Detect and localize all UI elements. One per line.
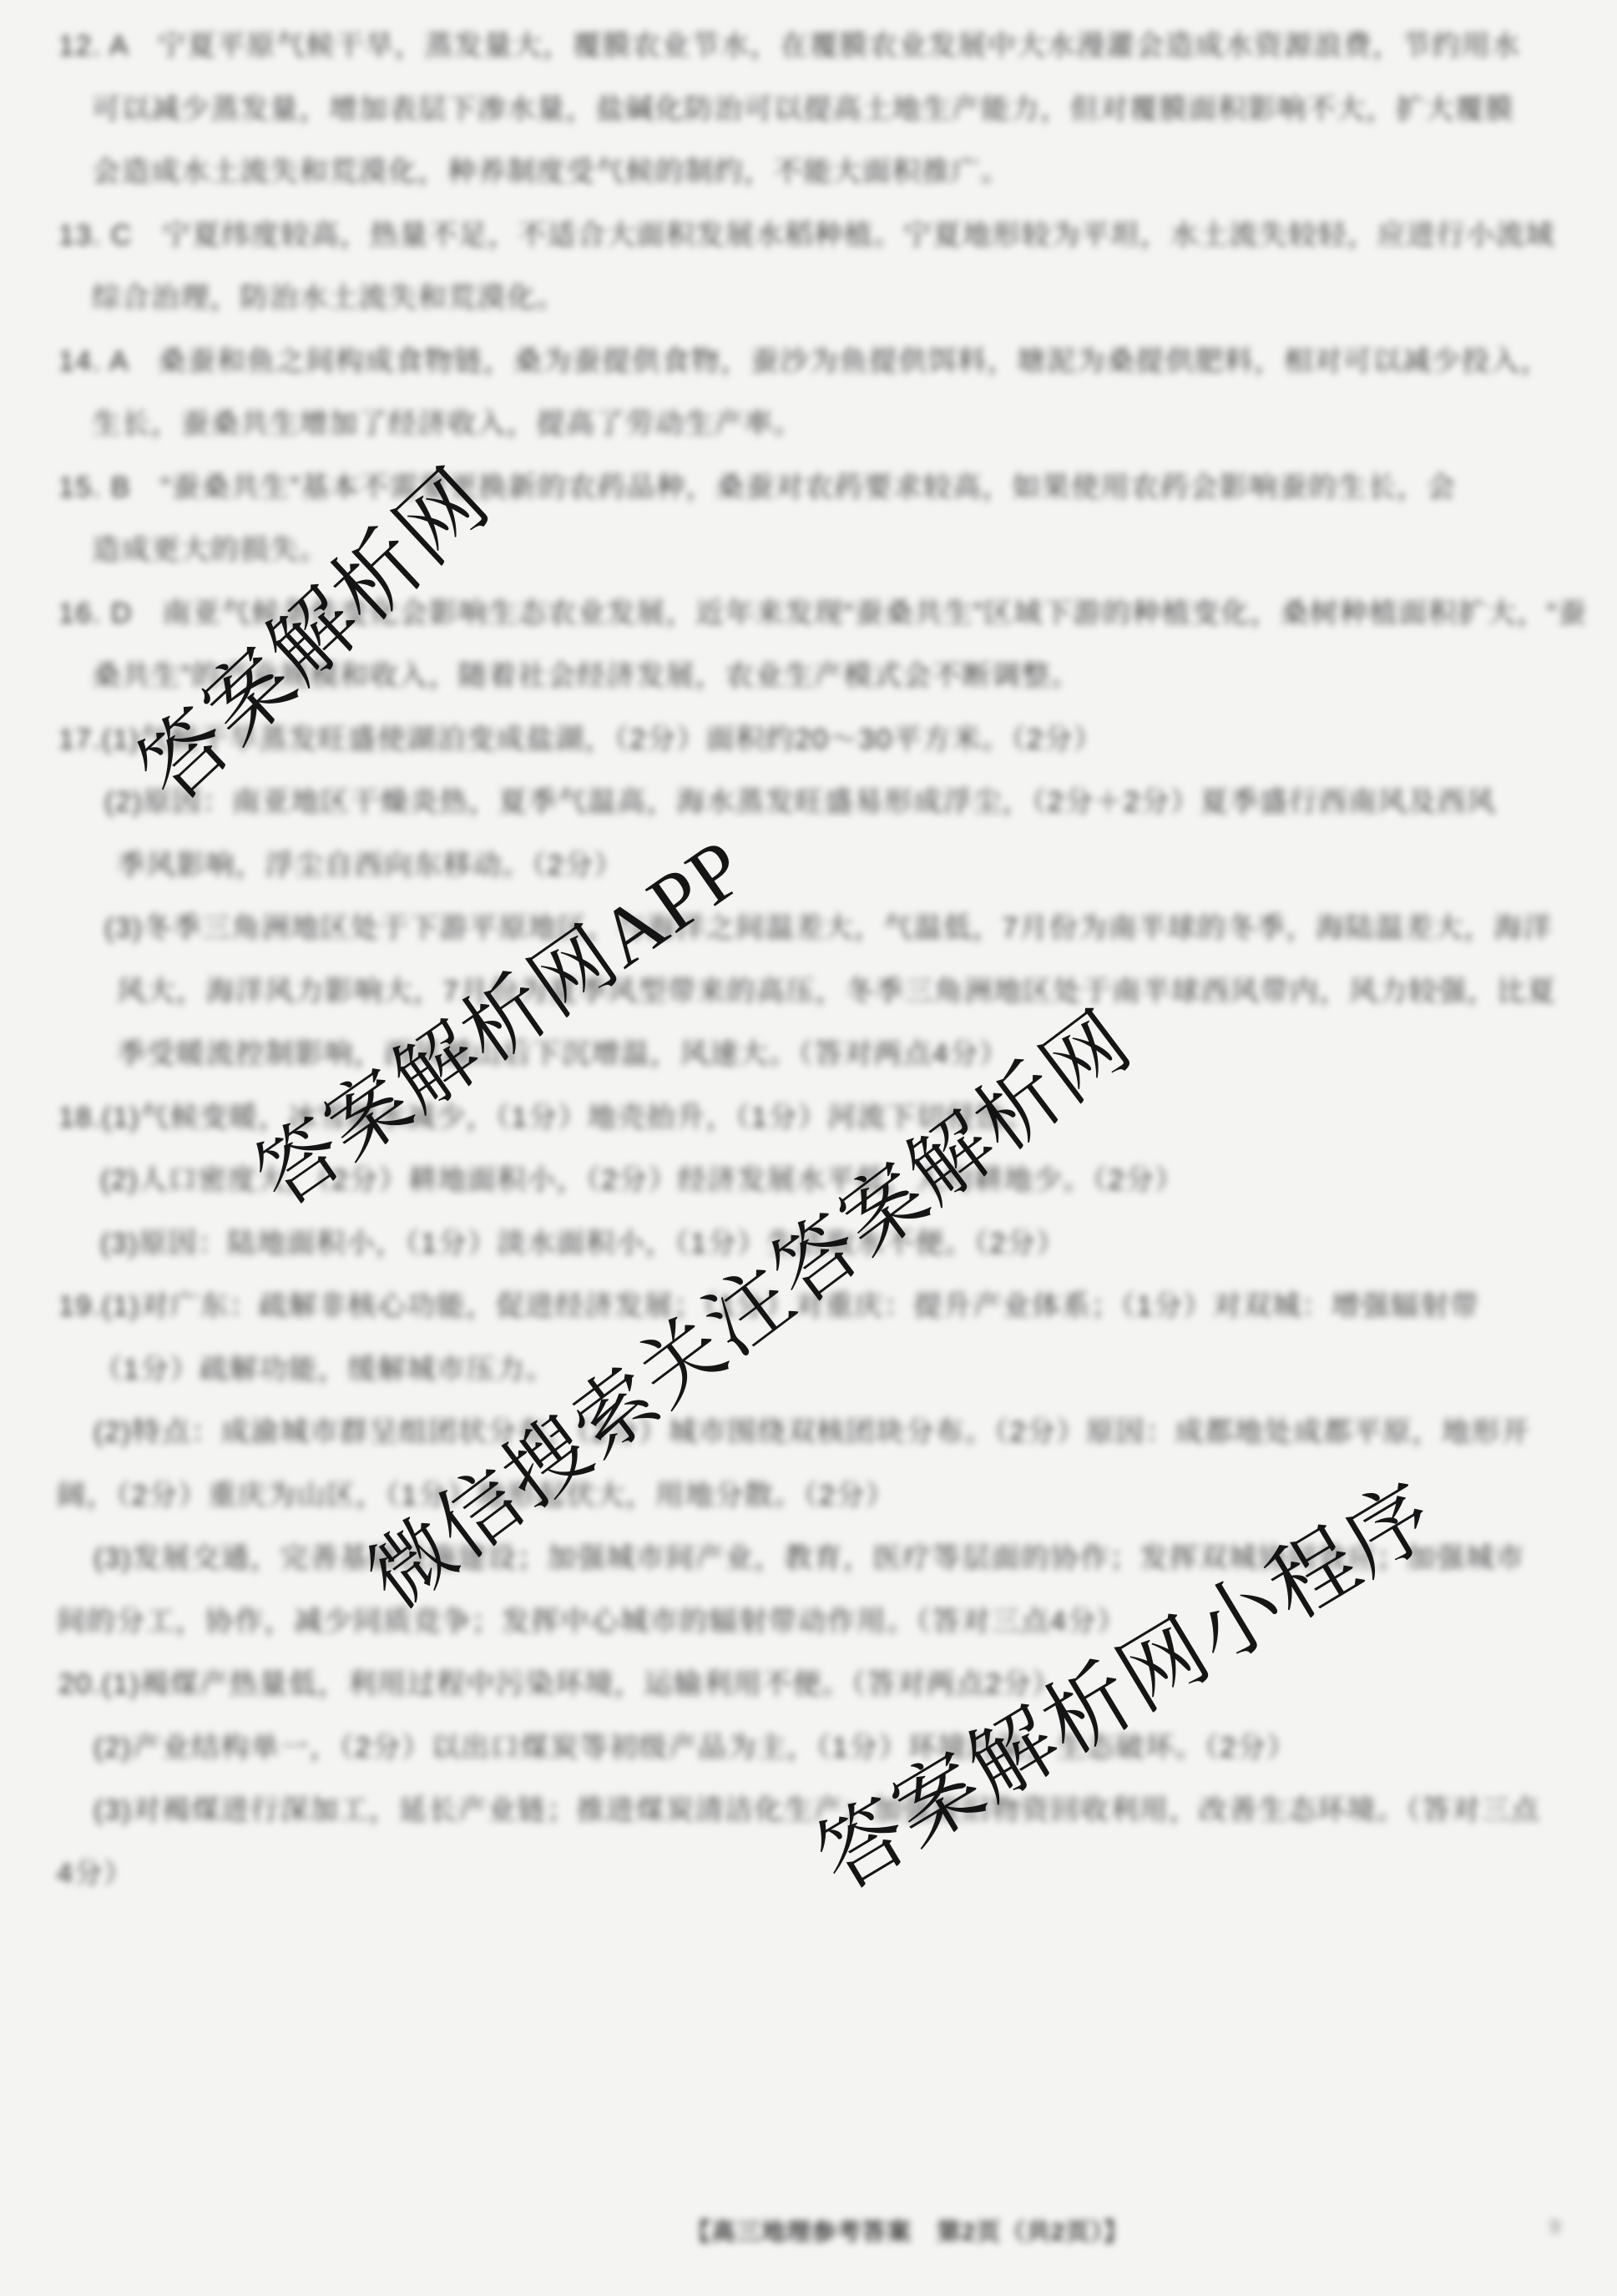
answer-line: 季风影响，浮尘自西向东移动。（2分） [117,847,624,884]
answer-line: 4分） [57,1855,133,1892]
answer-line: 季受暖流控制影响，西风越山后下沉增温，风速大。（答对两点4分） [117,1036,1008,1072]
answer-line: 桑共生”的产业规模和收入，随着社会经济发展，农业生产模式会不断调整。 [92,658,1080,694]
answer-line: 风大，海洋风力影响大，7月份为夏季风型带来的高压，冬季三角洲地区处于南半球西风带… [117,973,1556,1010]
answer-line: 16. D 南亚气候条件变化会影响生态农业发展，近年来发现“蚕桑共生”区域下游的… [58,595,1587,632]
answer-line: 生长，蚕桑共生增加了经济收入，提高了劳动生产率。 [92,406,803,442]
answer-line: (3)发展交通，完善基础设施建设；加强城市间产业，教育，医疗等层面的协作；发挥双… [93,1540,1525,1577]
scanned-answer-page: 【高三地理参考答案 第2页（共2页）】 9 12. A 宁夏平原气候干旱，蒸发量… [0,0,1617,2296]
answer-line: (2)产业结构单一，（2分）以出口煤炭等初级产品为主，（1分）环境污染，生态破坏… [93,1729,1296,1766]
answer-line: 会造成水土流失和荒漠化，种养制度受气候的制约，不能大面积推广。 [92,154,1011,190]
answer-line: 阔，（2分）重庆为山区，（1分）地形起伏大，用地分散。（2分） [57,1477,895,1514]
answer-line: (2)特点：成渝城市群呈组团状分布，（2分）城市围绕双核团块分布。（2分）原因：… [93,1414,1530,1451]
answer-line: 13. C 宁夏纬度较高，热量不足，不适合大面积发展水稻种植。宁夏地形较为平坦，… [58,217,1555,254]
answer-line: (3)原因：陆地面积小，（1分）淡水面积小，（1分）生活取水不便。（2分） [100,1225,1066,1262]
footer-text: 【高三地理参考答案 第2页（共2页）】 [686,2219,1129,2246]
answer-line: 18.(1)气候变暖，冰雪融水减少，（1分）地壳抬升，（1分）河流下切侵蚀。 [58,1099,1035,1136]
answer-line: 可以减少蒸发量，增加表层下渗水量，盐碱化防治可以提高土地生产能力，但对覆膜面积影… [92,91,1514,128]
answer-line: 20.(1)褐煤产热量低，利用过程中污染环境，运输利用不便。（答对两点2分） [58,1666,1062,1703]
answer-line: 12. A 宁夏平原气候干旱，蒸发量大，覆膜农业节水，在覆膜农业发展中大水漫灌会… [58,28,1521,64]
answer-line: 14. A 桑蚕和鱼之间构成食物链，桑为蚕提供食物，蚕沙为鱼提供饵料，塘泥为桑提… [58,343,1550,380]
answer-line: 15. B “蚕桑共生”基本不需要更换新的农药品种，桑蚕对农药要求较高，如果使用… [58,469,1457,506]
answer-line: 19.(1)对广东：疏解非核心功能，促进经济发展；（1分）对重庆：提升产业体系；… [58,1288,1479,1325]
answer-line: (2)人口密度大，（2分）耕地面积小，（2分）经济发展水平低，人均耕地少。（2分… [100,1162,1185,1198]
answer-line: (2)原因：南亚地区干燥炎热，夏季气温高，海水蒸发旺盛易形成浮尘，（2分＋2分）… [104,784,1496,820]
answer-line: 造成更大的损失。 [92,532,329,568]
answer-text-layer: 【高三地理参考答案 第2页（共2页）】 9 12. A 宁夏平原气候干旱，蒸发量… [0,0,1617,2296]
answer-line: 间的分工，协作，减少同质竞争；发挥中心城市的辐射带动作用。（答对三点4分） [57,1603,1126,1640]
page-footer: 【高三地理参考答案 第2页（共2页）】 [686,2213,1129,2248]
answer-line: (3)冬季三角洲地区处于下游平原地区，与海洋之间温差大，气温低，7月份为南半球的… [104,910,1553,946]
answer-line: (3)对褐煤进行深加工，延长产业链；推进煤炭清洁化生产；加强废旧物资回收利用，改… [93,1792,1540,1829]
answer-line: 综合治理，防治水土流失和荒漠化。 [92,280,566,316]
page-number-mark: 9 [1549,2216,1560,2239]
answer-line: 17.(1)气候干旱蒸发旺盛使湖泊变成盐湖，（2分）面积约20～30平方米。（2… [58,721,1103,758]
answer-line: （1分）疏解功能，缓解城市压力。 [93,1351,555,1388]
